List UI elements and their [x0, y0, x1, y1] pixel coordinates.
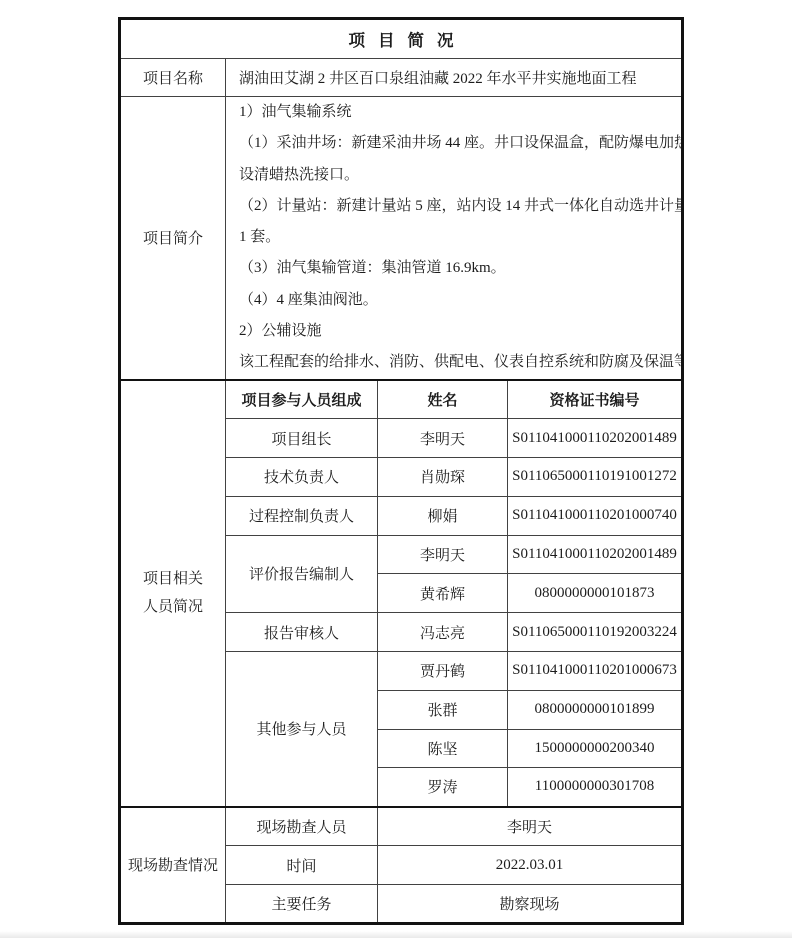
- name-cell: 柳娟: [378, 496, 508, 535]
- project-name-value: 湖油田艾湖 2 井区百口泉组油藏 2022 年水平井实施地面工程: [226, 59, 683, 97]
- survey-row-value: 2022.03.01: [378, 846, 683, 885]
- role-cell: 评价报告编制人: [226, 535, 378, 613]
- role-cell: 其他参与人员: [226, 651, 378, 806]
- cert-cell: S011041000110202001489: [508, 535, 683, 574]
- cert-cell: 1500000000200340: [508, 729, 683, 768]
- page-bottom-edge: [0, 931, 792, 938]
- col-header-role: 项目参与人员组成: [226, 380, 378, 419]
- survey-row-value: 李明天: [378, 807, 683, 846]
- survey-row: 现场勘查情况 现场勘查人员 李明天: [120, 807, 683, 846]
- brief-line: 该工程配套的给排水、消防、供配电、仪表自控系统和防腐及保温等。: [239, 347, 673, 378]
- role-cell: 过程控制负责人: [226, 496, 378, 535]
- cert-cell: S011041000110201000673: [508, 651, 683, 690]
- personnel-section-label-line2: 人员简况: [143, 599, 203, 615]
- survey-row-label: 主要任务: [226, 885, 378, 924]
- survey-section-label: 现场勘查情况: [120, 807, 226, 924]
- name-cell: 张群: [378, 690, 508, 729]
- survey-row-label: 现场勘查人员: [226, 807, 378, 846]
- name-cell: 李明天: [378, 535, 508, 574]
- project-overview-table: 项目简况 项目名称 湖油田艾湖 2 井区百口泉组油藏 2022 年水平井实施地面…: [118, 17, 684, 925]
- name-cell: 黄希辉: [378, 574, 508, 613]
- cert-cell: S011041000110201000740: [508, 496, 683, 535]
- project-brief-label: 项目简介: [120, 97, 226, 380]
- role-cell: 项目组长: [226, 419, 378, 458]
- cert-cell: 1100000000301708: [508, 768, 683, 807]
- project-brief-value: 1）油气集输系统 （1）采油井场：新建采油井场 44 座。井口设保温盒，配防爆电…: [226, 97, 683, 380]
- col-header-cert: 资格证书编号: [508, 380, 683, 419]
- personnel-section-label-line1: 项目相关: [143, 571, 203, 587]
- brief-line: 1 套。: [239, 222, 673, 253]
- brief-line: 1）油气集输系统: [239, 97, 673, 128]
- brief-line: （3）油气集输管道：集油管道 16.9km。: [239, 253, 673, 284]
- table-title: 项目简况: [120, 19, 683, 59]
- survey-row-value: 勘察现场: [378, 885, 683, 924]
- name-cell: 冯志亮: [378, 613, 508, 652]
- role-cell: 技术负责人: [226, 457, 378, 496]
- cert-cell: 0800000000101873: [508, 574, 683, 613]
- survey-row-label: 时间: [226, 846, 378, 885]
- cert-cell: S011065000110192003224: [508, 613, 683, 652]
- brief-line: 2）公辅设施: [239, 316, 673, 347]
- brief-line: （4）4 座集油阀池。: [239, 285, 673, 316]
- cert-cell: S011041000110202001489: [508, 419, 683, 458]
- cert-cell: 0800000000101899: [508, 690, 683, 729]
- brief-line: （1）采油井场：新建采油井场 44 座。井口设保温盒，配防爆电加热器，: [239, 128, 673, 159]
- name-cell: 李明天: [378, 419, 508, 458]
- name-cell: 罗涛: [378, 768, 508, 807]
- personnel-section-label: 项目相关 人员简况: [120, 380, 226, 807]
- project-name-label: 项目名称: [120, 59, 226, 97]
- cert-cell: S011065000110191001272: [508, 457, 683, 496]
- name-cell: 贾丹鹤: [378, 651, 508, 690]
- name-cell: 陈坚: [378, 729, 508, 768]
- brief-line: 设清蜡热洗接口。: [239, 160, 673, 191]
- brief-line: （2）计量站：新建计量站 5 座，站内设 14 井式一体化自动选井计量装置: [239, 191, 673, 222]
- role-cell: 报告审核人: [226, 613, 378, 652]
- col-header-name: 姓名: [378, 380, 508, 419]
- name-cell: 肖勋琛: [378, 457, 508, 496]
